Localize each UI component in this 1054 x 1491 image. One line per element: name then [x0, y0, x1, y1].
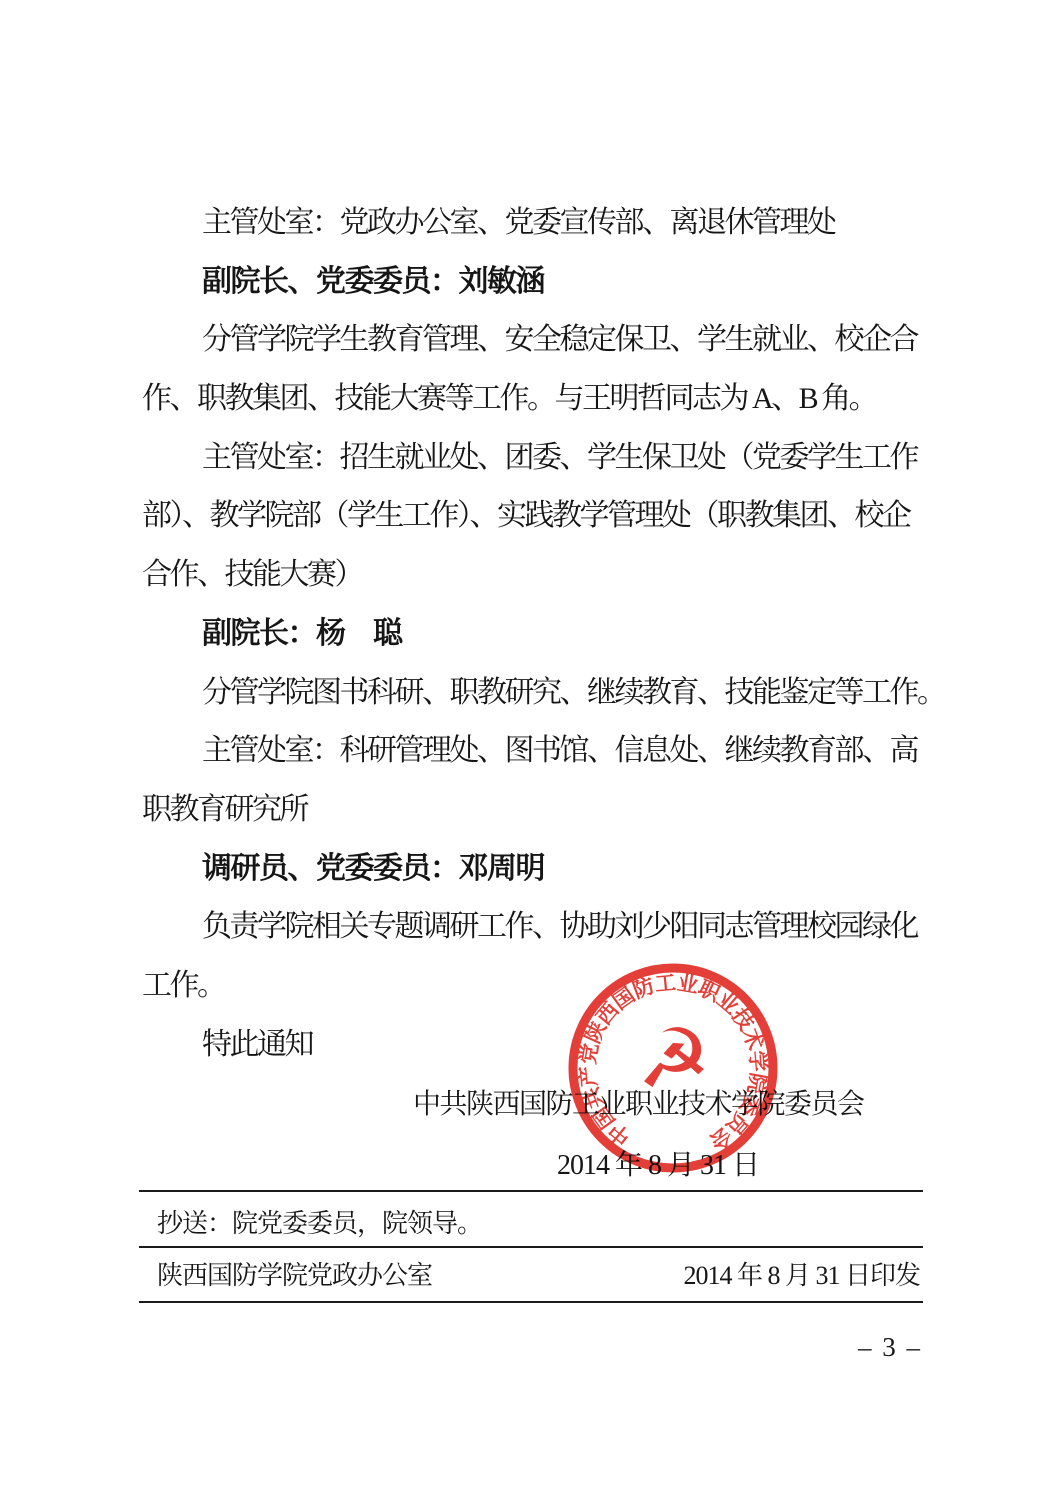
document-page: 主管处室：党政办公室、党委宣传部、离退休管理处副院长、党委委员：刘敏涵分管学院学… — [0, 0, 1054, 1491]
cc-line: 抄送：院党委委员，院领导。 — [157, 1203, 482, 1240]
body-line: 负责学院相关专题调研工作、协助刘少阳同志管理校园绿化 — [142, 898, 934, 957]
body-line: 副院长：杨 聪 — [142, 605, 934, 664]
body-line: 主管处室：科研管理处、图书馆、信息处、继续教育部、高 — [142, 722, 934, 781]
footer-row: 陕西国防学院党政办公室 2014 年 8 月 31 日印发 — [157, 1255, 920, 1292]
body-line: 职教育研究所 — [142, 781, 934, 840]
signature-org: 中共陕西国防工业职业技术学院委员会 — [413, 1082, 864, 1122]
body-line: 分管学院图书科研、职教研究、继续教育、技能鉴定等工作。 — [142, 664, 934, 723]
body-line: 合作、技能大赛） — [142, 546, 934, 605]
footer-divider-top — [139, 1190, 923, 1192]
body-line: 工作。 — [142, 957, 934, 1016]
body-line: 作、职教集团、技能大赛等工作。与王明哲同志为 A、B 角。 — [142, 370, 934, 429]
body-line: 分管学院学生教育管理、安全稳定保卫、学生就业、校企合 — [142, 311, 934, 370]
body-line: 部）、教学院部（学生工作）、实践教学管理处（职教集团、校企 — [142, 487, 934, 546]
issuer-office: 陕西国防学院党政办公室 — [157, 1255, 432, 1292]
page-number: – 3 – — [840, 1332, 940, 1363]
body-line: 特此通知 — [142, 1016, 934, 1075]
footer-divider-bottom — [139, 1301, 923, 1303]
body-line: 调研员、党委委员：邓周明 — [142, 840, 934, 899]
signature-date: 2014 年 8 月 31 日 — [557, 1143, 759, 1183]
print-date: 2014 年 8 月 31 日印发 — [683, 1255, 920, 1292]
footer-divider-middle — [139, 1246, 923, 1248]
body-line: 主管处室：招生就业处、团委、学生保卫处（党委学生工作 — [142, 429, 934, 488]
body-line: 副院长、党委委员：刘敏涵 — [142, 253, 934, 312]
body-text: 主管处室：党政办公室、党委宣传部、离退休管理处副院长、党委委员：刘敏涵分管学院学… — [142, 194, 934, 1074]
body-line: 主管处室：党政办公室、党委宣传部、离退休管理处 — [142, 194, 934, 253]
